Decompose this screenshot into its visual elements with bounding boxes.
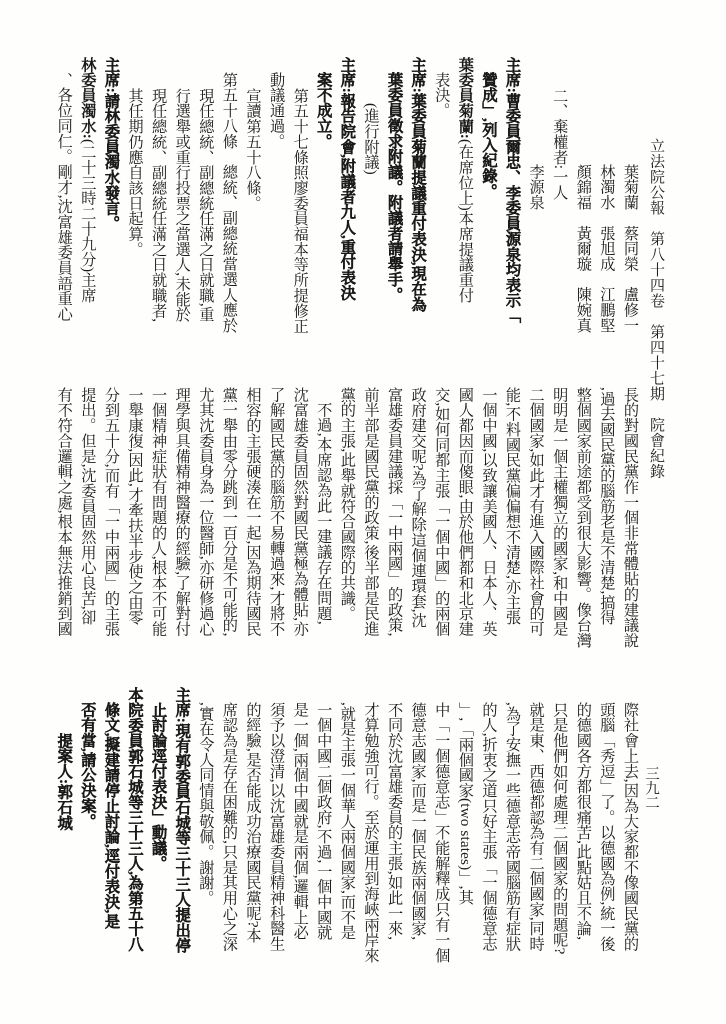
text-column: 案不成立。 [312,57,336,351]
text-column: 現任總統、副總統任滿之日就職者, [147,57,171,351]
text-column: 主席:葉委員菊蘭提議重付表決,現在為 [406,57,430,351]
text-column: 顏錦福 黃爾璇 陳婉真 [571,57,595,351]
text-column: 交,如何同都主張「一個中國」的兩個 [430,387,454,653]
text-column: 前半部是國民黨的政策,後半部是民進 [359,387,383,653]
text-column: 主席:請林委員濁水發言。 [99,57,123,351]
text-column: 分到五十分,而有「一中兩國」的主張 [99,387,123,653]
text-column: 中「一個德意志」不能解釋成只有一個 [430,687,454,969]
text-column: (進行附議) [359,57,383,351]
text-column: ,過去國民黨的腦筋老是不清楚,搞得 [595,387,619,653]
text-column: 現任總統、副總統任滿之日就職,重 [194,57,218,351]
text-column: 提案人:郭石城 [52,687,76,969]
text-column: 本院委員郭石城等三十三人,為第五十八 [123,687,147,969]
text-column: 須予以澄清,以沈富雄委員精神科醫生 [265,687,289,969]
text-column: 否有當,請公決案。 [76,687,100,969]
text-column: ,就是主張一個華人兩個國家,而不是 [335,687,359,969]
text-column: 葉委員徵求附議。附議者請舉手。 [382,57,406,351]
text-column: 第五十八條 總統、副總統當選人應於 [217,57,241,351]
text-column: 林濁水 張旭成 江鵬堅 [595,57,619,351]
text-column: 的經驗,是否能成功治療國民黨呢?本 [241,687,265,969]
text-column: 能,不料國民黨偏偏想不清楚,亦主張 [500,387,524,653]
text-column: 理學與具備精神醫療的經驗,了解對付 [170,387,194,653]
text-register-middle: 長的對國民黨作一個非常體貼的建議說,過去國民黨的腦筋老是不清楚,搞得整個國家前途… [50,387,642,653]
text-column: 宣讀第五十八條。 [241,57,265,351]
text-column: 長的對國民黨作一個非常體貼的建議說 [618,387,642,653]
text-column: ,實在令人同情與敬佩。謝謝。 [194,687,218,969]
text-column: 就是東、西德都認為有二個國家,同時 [524,687,548,969]
text-column: 是一個,兩個中國就是兩個,邏輯上必 [288,687,312,969]
text-column: 葉委員菊蘭:(在席位上)本席提議重付 [453,57,477,351]
text-column: 其任期仍應自該日起算。 [123,57,147,351]
document-page: 立法院公報 第八十四卷 第四十七期 院會紀錄 三九二 葉菊蘭 蔡同榮 盧修一林濁… [0,0,726,1024]
text-column: 國人都因而傻眼,由於他們都和北京建 [453,387,477,653]
text-register-top: 葉菊蘭 蔡同榮 盧修一林濁水 張旭成 江鵬堅顏錦福 黃爾璇 陳婉真二、棄權者:一… [50,57,642,351]
text-column: 黨的主張,此舉就符合國際的共識。 [335,387,359,653]
text-column: 不過,本席認為此一建議存在問題, [312,387,336,653]
text-column: 一個精神症狀有問題的人,根本不可能 [147,387,171,653]
text-column: 李源泉 [524,57,548,351]
text-column: 二個國家,如此才有進入國際社會的可 [524,387,548,653]
text-column: 條文,擬建請停止討論,逕付表決,是 [99,687,123,969]
text-column: 德意志國家,而是一個民族兩個國家, [406,687,430,969]
text-column: ,為了安撫一些德意志帝國腦筋有症狀 [500,687,524,969]
text-column: 沈富雄委員固然對國民黨極為體貼,亦 [288,387,312,653]
text-column: 政府建交呢?為了解除這個連環套,沈 [406,387,430,653]
text-column: 主席:曹委員爾忠、李委員源泉均表示「 [500,57,524,351]
text-column: 的德國各方都很痛苦,此點姑且不論, [571,687,595,969]
text-column: 主席:現有郭委員石城等三十三人提出停 [170,687,194,969]
text-column: 止討論逕付表決」動議。 [147,687,171,969]
text-column: 明明是一個主權獨立的國家,和中國是 [548,387,572,653]
text-column: 了解國民黨的腦筋不易轉過來,才將不 [265,387,289,653]
text-column: 」,「兩個國家(two states)」,其 [453,687,477,969]
text-register-bottom: 際社會上去,因為大家都不像國民黨的頭腦「秀逗」了。以德國為例,統一後的德國各方都… [50,687,642,969]
text-column: 的人,折衷之道只好主張「一個德意志 [477,687,501,969]
text-column: 席認為是存在困難的,只是其用心之深 [217,687,241,969]
text-column: 相容的主張硬湊在一起,因為期待國民 [241,387,265,653]
text-column: 際社會上去,因為大家都不像國民黨的 [618,687,642,969]
text-column: 富雄委員建議採「一中兩國」的政策, [382,387,406,653]
text-column: 林委員濁水:(二十三時二十九分)主席 [76,57,100,351]
page-number: 三九二 [641,766,662,826]
text-column: 提出。但是,沈委員固然用心良苦,卻 [76,387,100,653]
text-column: 一舉康復,因此,才牽扶半步使之由零 [123,387,147,653]
text-column: 一個中國二個政府,不過,一個中國就 [312,687,336,969]
text-column: 不同於沈富雄委員的主張,如此一來, [382,687,406,969]
text-column: 贊成」,列入紀錄。 [477,57,501,351]
text-column: 主席:報告院會,附議者九人,重付表決 [335,57,359,351]
text-column: 有不符合邏輯之處,根本無法推銷到國 [52,387,76,653]
text-column: 第五十七條照廖委員福本等所提修正 [288,57,312,351]
text-column: 黨一舉由零分跳到一百分是不可能的, [217,387,241,653]
gazette-header: 立法院公報 第八十四卷 第四十七期 院會紀錄 [646,138,667,508]
text-column: 整個國家前途都受到很大影響。像台灣 [571,387,595,653]
text-column: 尤其沈委員身為一位醫師,亦研修過心 [194,387,218,653]
text-column: 二、棄權者:一人 [548,57,572,351]
text-column: 行選舉或重行投票之當選人,未能於 [170,57,194,351]
text-column: 表決。 [430,57,454,351]
text-column: 才算勉強可行。至於運用到海峽兩岸來 [359,687,383,969]
text-column: 一個中國,以致讓美國人、日本人、英 [477,387,501,653]
text-column: 動議通過。 [265,57,289,351]
text-column: 、各位同仁。剛才,沈富雄委員語重心 [52,57,76,351]
text-column: 葉菊蘭 蔡同榮 盧修一 [618,57,642,351]
text-column: 頭腦「秀逗」了。以德國為例,統一後 [595,687,619,969]
text-column: 只是他們如何處理二個國家的問題呢? [548,687,572,969]
